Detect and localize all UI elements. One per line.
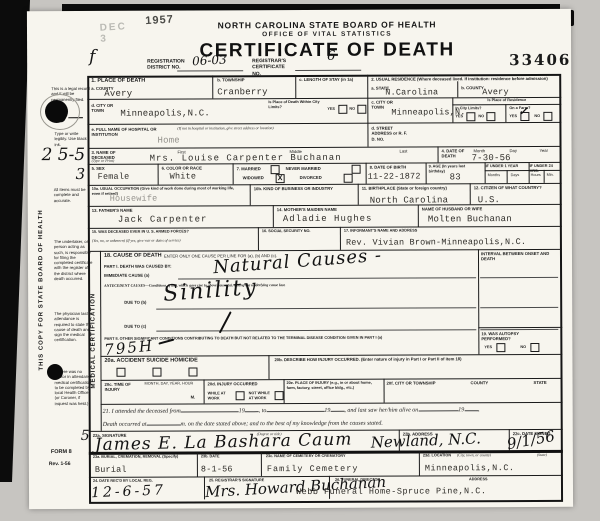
sex-label: 5. SEX (92, 166, 105, 171)
funeral-director-label: 26. FUNERAL DIRECTOR (335, 478, 380, 483)
min-header: Min. (547, 173, 554, 178)
race-label: 6. COLOR OR RACE (162, 165, 202, 170)
usual-residence-label: 2. USUAL RESIDENCE (Where deceased lived… (371, 76, 557, 82)
divider (418, 204, 419, 226)
injury-city-township-label: 20f. CITY OR TOWNSHIP (387, 380, 436, 385)
divider (258, 227, 259, 250)
divider (261, 452, 262, 476)
age-value: 83 (450, 172, 461, 182)
divider (158, 164, 159, 185)
residence-county-label: b. COUNTY (461, 85, 484, 90)
due-to-c-label: DUE TO (c) (124, 324, 146, 329)
divider (295, 75, 296, 98)
divider (505, 104, 506, 122)
suicide-checkbox (152, 368, 161, 377)
serial-number: 33406 (509, 51, 571, 69)
while-at-work-label: WHILE AT WORK (208, 391, 230, 401)
months-header: Months (488, 173, 500, 178)
location-note: (City, town, or county) (457, 453, 491, 458)
days-header: Days (511, 173, 520, 178)
form-revision: Rev. 1-56 (49, 461, 71, 467)
no-checkbox (486, 112, 495, 121)
widowed-label: WIDOWED (243, 175, 264, 180)
autopsy-label: 19. WAS AUTOPSY PERFORMED? (481, 331, 541, 342)
divider (457, 81, 458, 97)
physician-address: Newland, N.C. (371, 431, 482, 450)
scan-left-edge (0, 0, 30, 482)
medical-certification-vertical: MEDICAL CERTIFICATION (90, 251, 98, 431)
divider (273, 205, 274, 227)
margin-note: All items must be complete and accurate. (54, 187, 92, 203)
year-header: Year (540, 148, 548, 153)
form-number: FORM 8 (51, 449, 72, 456)
in-city-limits-label: In City Limits? (455, 106, 481, 111)
date-of-birth-label: 8. DATE OF BIRTH (370, 165, 410, 170)
margin-pen-mark: 3 (76, 167, 86, 182)
yes-checkbox (466, 112, 475, 121)
city-label: d. CITY OR TOWN (91, 103, 121, 114)
injury-state-label: STATE (534, 380, 547, 385)
residence-box-label: Is Place of Residence (452, 98, 561, 103)
city-value: Minneapolis,N.C. (120, 108, 210, 119)
date-of-death-value: 7-30-56 (472, 153, 511, 164)
birthplace-label: 11. BIRTHPLACE (State or foreign country… (362, 185, 462, 191)
registration-district-label: REGISTRATION DISTRICT NO. (147, 59, 183, 72)
org-title: NORTH CAROLINA STATE BOARD OF HEALTH (177, 19, 477, 30)
divorced-checkbox (344, 174, 353, 183)
divider (233, 163, 234, 184)
part2-code-value: 795H (104, 339, 155, 358)
residence-city-label: c. CITY OR TOWN (371, 100, 393, 111)
part1-label: PART I. DEATH WAS CAUSED BY: (104, 264, 171, 270)
divider (284, 379, 285, 403)
divider (438, 146, 439, 162)
hole-punch (45, 100, 68, 123)
attended-text: 21. I attended the deceased from (103, 409, 181, 415)
married-label: 7. MARRIED (237, 166, 261, 171)
location-value: Minneapolis,N.C. (425, 464, 515, 474)
yes-label: YES (509, 114, 517, 119)
race-value: White (170, 172, 197, 182)
cemetery-label: 23c. NAME OF CEMETERY OR CREMATORY (266, 454, 346, 459)
ssn-label: 16. SOCIAL SECURITY NO. (262, 229, 332, 234)
divider (268, 355, 269, 379)
divider (384, 379, 385, 403)
divider (197, 452, 198, 476)
certificate-paper: DEC 3 1957 f NORTH CAROLINA STATE BOARD … (27, 9, 573, 509)
married-checkbox (271, 165, 280, 174)
injury-county-label: COUNTY (471, 380, 489, 385)
injury-occurred-label: 20d. INJURY OCCURRED (208, 381, 278, 387)
scanned-death-certificate: { "stamp": {"month_day": "DEC 3", "year"… (0, 0, 600, 521)
attended-statement-line1: 21. I attended the deceased from19, to19… (103, 405, 480, 416)
divider (470, 183, 471, 204)
location-label: 23d. LOCATION (423, 453, 451, 458)
never-married-label: NEVER MARRIED (286, 166, 321, 171)
burial-label: 23a. BURIAL, CREMATION, REMOVAL (Specify… (93, 454, 188, 459)
funeral-director-address-label: ADDRESS (469, 477, 488, 482)
township-value: Cranberry (217, 87, 267, 98)
no-label: NO (520, 345, 526, 350)
spouse-label: NAME OF HUSBAND OR WIFE (422, 206, 483, 212)
deceased-name-value: Mrs. Louise Carpenter Buchanan (150, 153, 342, 164)
yes-checkbox (338, 105, 347, 114)
city-limits-label: Is Place of Death Within City Limits? (268, 100, 324, 110)
burial-date-value: 8-1-56 (201, 465, 233, 475)
accident-suicide-homicide-label: 20a. ACCIDENT SUICIDE HOMICIDE (104, 357, 197, 364)
spouse-value: Molten Buchanan (428, 214, 512, 225)
hospital-value: Home (157, 136, 179, 146)
time-of-injury-label: 20c. TIME OF INJURY (105, 382, 141, 393)
office-subtitle: OFFICE OF VITAL STATISTICS (177, 30, 477, 38)
divider (507, 170, 508, 183)
death-occurred-line: Death occurred atm. on the date stated a… (103, 419, 383, 429)
yes-label: YES (484, 345, 492, 350)
while-at-work-checkbox (236, 391, 245, 400)
attended-text: . (478, 407, 480, 413)
not-while-at-work-label: NOT WHILE AT WORK (249, 391, 275, 401)
industry-label: 10b. KIND OF BUSINESS OR INDUSTRY (254, 186, 354, 192)
time-of-injury-note: MONTH, DAY, YEAR, HOUR (145, 381, 197, 386)
registrar-certificate-value: 6 (327, 50, 335, 63)
residence-county-value: Avery (482, 88, 509, 98)
widowed-check-mark: X (277, 175, 284, 182)
accident-checkbox (116, 368, 125, 377)
interval-label: INTERVAL BETWEEN ONSET AND DEATH (481, 251, 551, 262)
cemetery-value: Family Cemetery (267, 465, 359, 475)
stamp-month: DEC 3 (99, 21, 127, 45)
time-m-label: M. (191, 394, 196, 399)
attended-text: , to (259, 408, 267, 414)
citizen-label: 12. CITIZEN OF WHAT COUNTRY? (474, 185, 554, 191)
never-married-checkbox (352, 165, 361, 174)
divider (250, 184, 251, 205)
death-occurred-text2: m. on the date stated above; and to the … (180, 421, 382, 428)
armed-forces-note: (Yes, no, or unknown) (If yes, give war … (92, 238, 252, 243)
father-name-label: 13. FATHER'S NAME (92, 208, 133, 213)
township-label: b. TOWNSHIP (217, 77, 244, 82)
no-label: NO (534, 114, 540, 119)
cause-of-death-label: 18. CAUSE OF DEATH (104, 253, 162, 260)
death-occurred-text: Death occurred at (103, 422, 147, 428)
location-state-note: (State) (537, 453, 547, 458)
copy-designation-vertical: THIS COPY FOR STATE BOARD OF HEALTH (38, 195, 46, 385)
yes-label: YES (455, 114, 463, 119)
autopsy-no-checkbox (530, 343, 539, 352)
place-of-death-label: 1. PLACE OF DEATH (91, 78, 145, 85)
divorced-label: DIVORCED (300, 175, 322, 180)
immediate-cause-label: IMMEDIATE CAUSE (a) (104, 273, 149, 278)
stamp-year: 1957 (145, 14, 174, 28)
birthplace-value: North Carolina (370, 195, 448, 206)
armed-forces-label: 15. WAS DECEASED EVER IN U. S. ARMED FOR… (92, 229, 202, 234)
hospital-note: (If not in hospital or institution, give… (177, 126, 357, 132)
pen-mark-f: f (89, 49, 95, 66)
divider (426, 162, 427, 183)
divider (177, 70, 243, 71)
informant-label: 17. INFORMANT'S NAME AND ADDRESS (344, 228, 417, 233)
hole-punch (47, 364, 63, 380)
burial-value: Burial (95, 466, 127, 476)
autopsy-yes-checkbox (496, 343, 505, 352)
divider (340, 227, 341, 250)
attended-text: , and last saw her/him alive on (344, 407, 418, 413)
date-received-value: 12-6-57 (91, 483, 166, 500)
homicide-checkbox (188, 367, 197, 376)
due-to-b-label: DUE TO (b) (124, 300, 146, 305)
widowed-checkbox: X (276, 174, 285, 183)
divider (419, 451, 420, 475)
mother-name-value: Adladie Hughes (283, 214, 373, 225)
sex-value: Female (98, 173, 130, 183)
divider (212, 75, 213, 98)
last-header: Last (400, 149, 408, 154)
no-checkbox (357, 105, 366, 114)
yes-label: YES (327, 107, 335, 112)
date-of-birth-value: 11-22-1872 (368, 172, 421, 182)
no-label: NO (349, 107, 355, 112)
not-while-at-work-checkbox (275, 391, 284, 400)
no-label: NO (478, 114, 484, 119)
occupation-value: Housewife (110, 195, 158, 205)
place-of-injury-label: 20e. PLACE OF INJURY (e.g., in or about … (287, 381, 381, 391)
divider (295, 70, 361, 71)
mother-name-label: 14. MOTHER'S MAIDEN NAME (277, 207, 337, 213)
citizen-value: U.S. (478, 195, 500, 205)
type-or-print-note: (Type or Print) (92, 159, 115, 164)
if-under-1-year-label: IF UNDER 1 YEAR (486, 164, 528, 169)
burial-date-label: 23b. DATE (201, 454, 220, 459)
divider (366, 163, 367, 184)
no-checkbox (543, 112, 552, 121)
street-address-label: d. STREET ADDRESS or R. F. D. NO. (371, 126, 411, 142)
divider (358, 184, 359, 205)
farm-yes-checkmark: ✓ (518, 106, 527, 117)
funeral-director-value: Webb Funeral Home-Spruce Pine,N.C. (296, 487, 486, 498)
date-of-death-label: 4. DATE OF DEATH (442, 148, 466, 159)
residence-state-value: N.Carolina (385, 88, 438, 98)
divider (204, 379, 205, 403)
registration-district-value: 06-03 (192, 53, 227, 67)
length-of-stay-label: c. LENGTH OF STAY (in 1a) (299, 77, 357, 83)
father-name-value: Jack Carpenter (118, 214, 208, 225)
hours-header: Hours (531, 173, 541, 178)
margin-pen-mark: 2 5-5 (42, 147, 86, 164)
county-value: Avery (104, 89, 132, 99)
